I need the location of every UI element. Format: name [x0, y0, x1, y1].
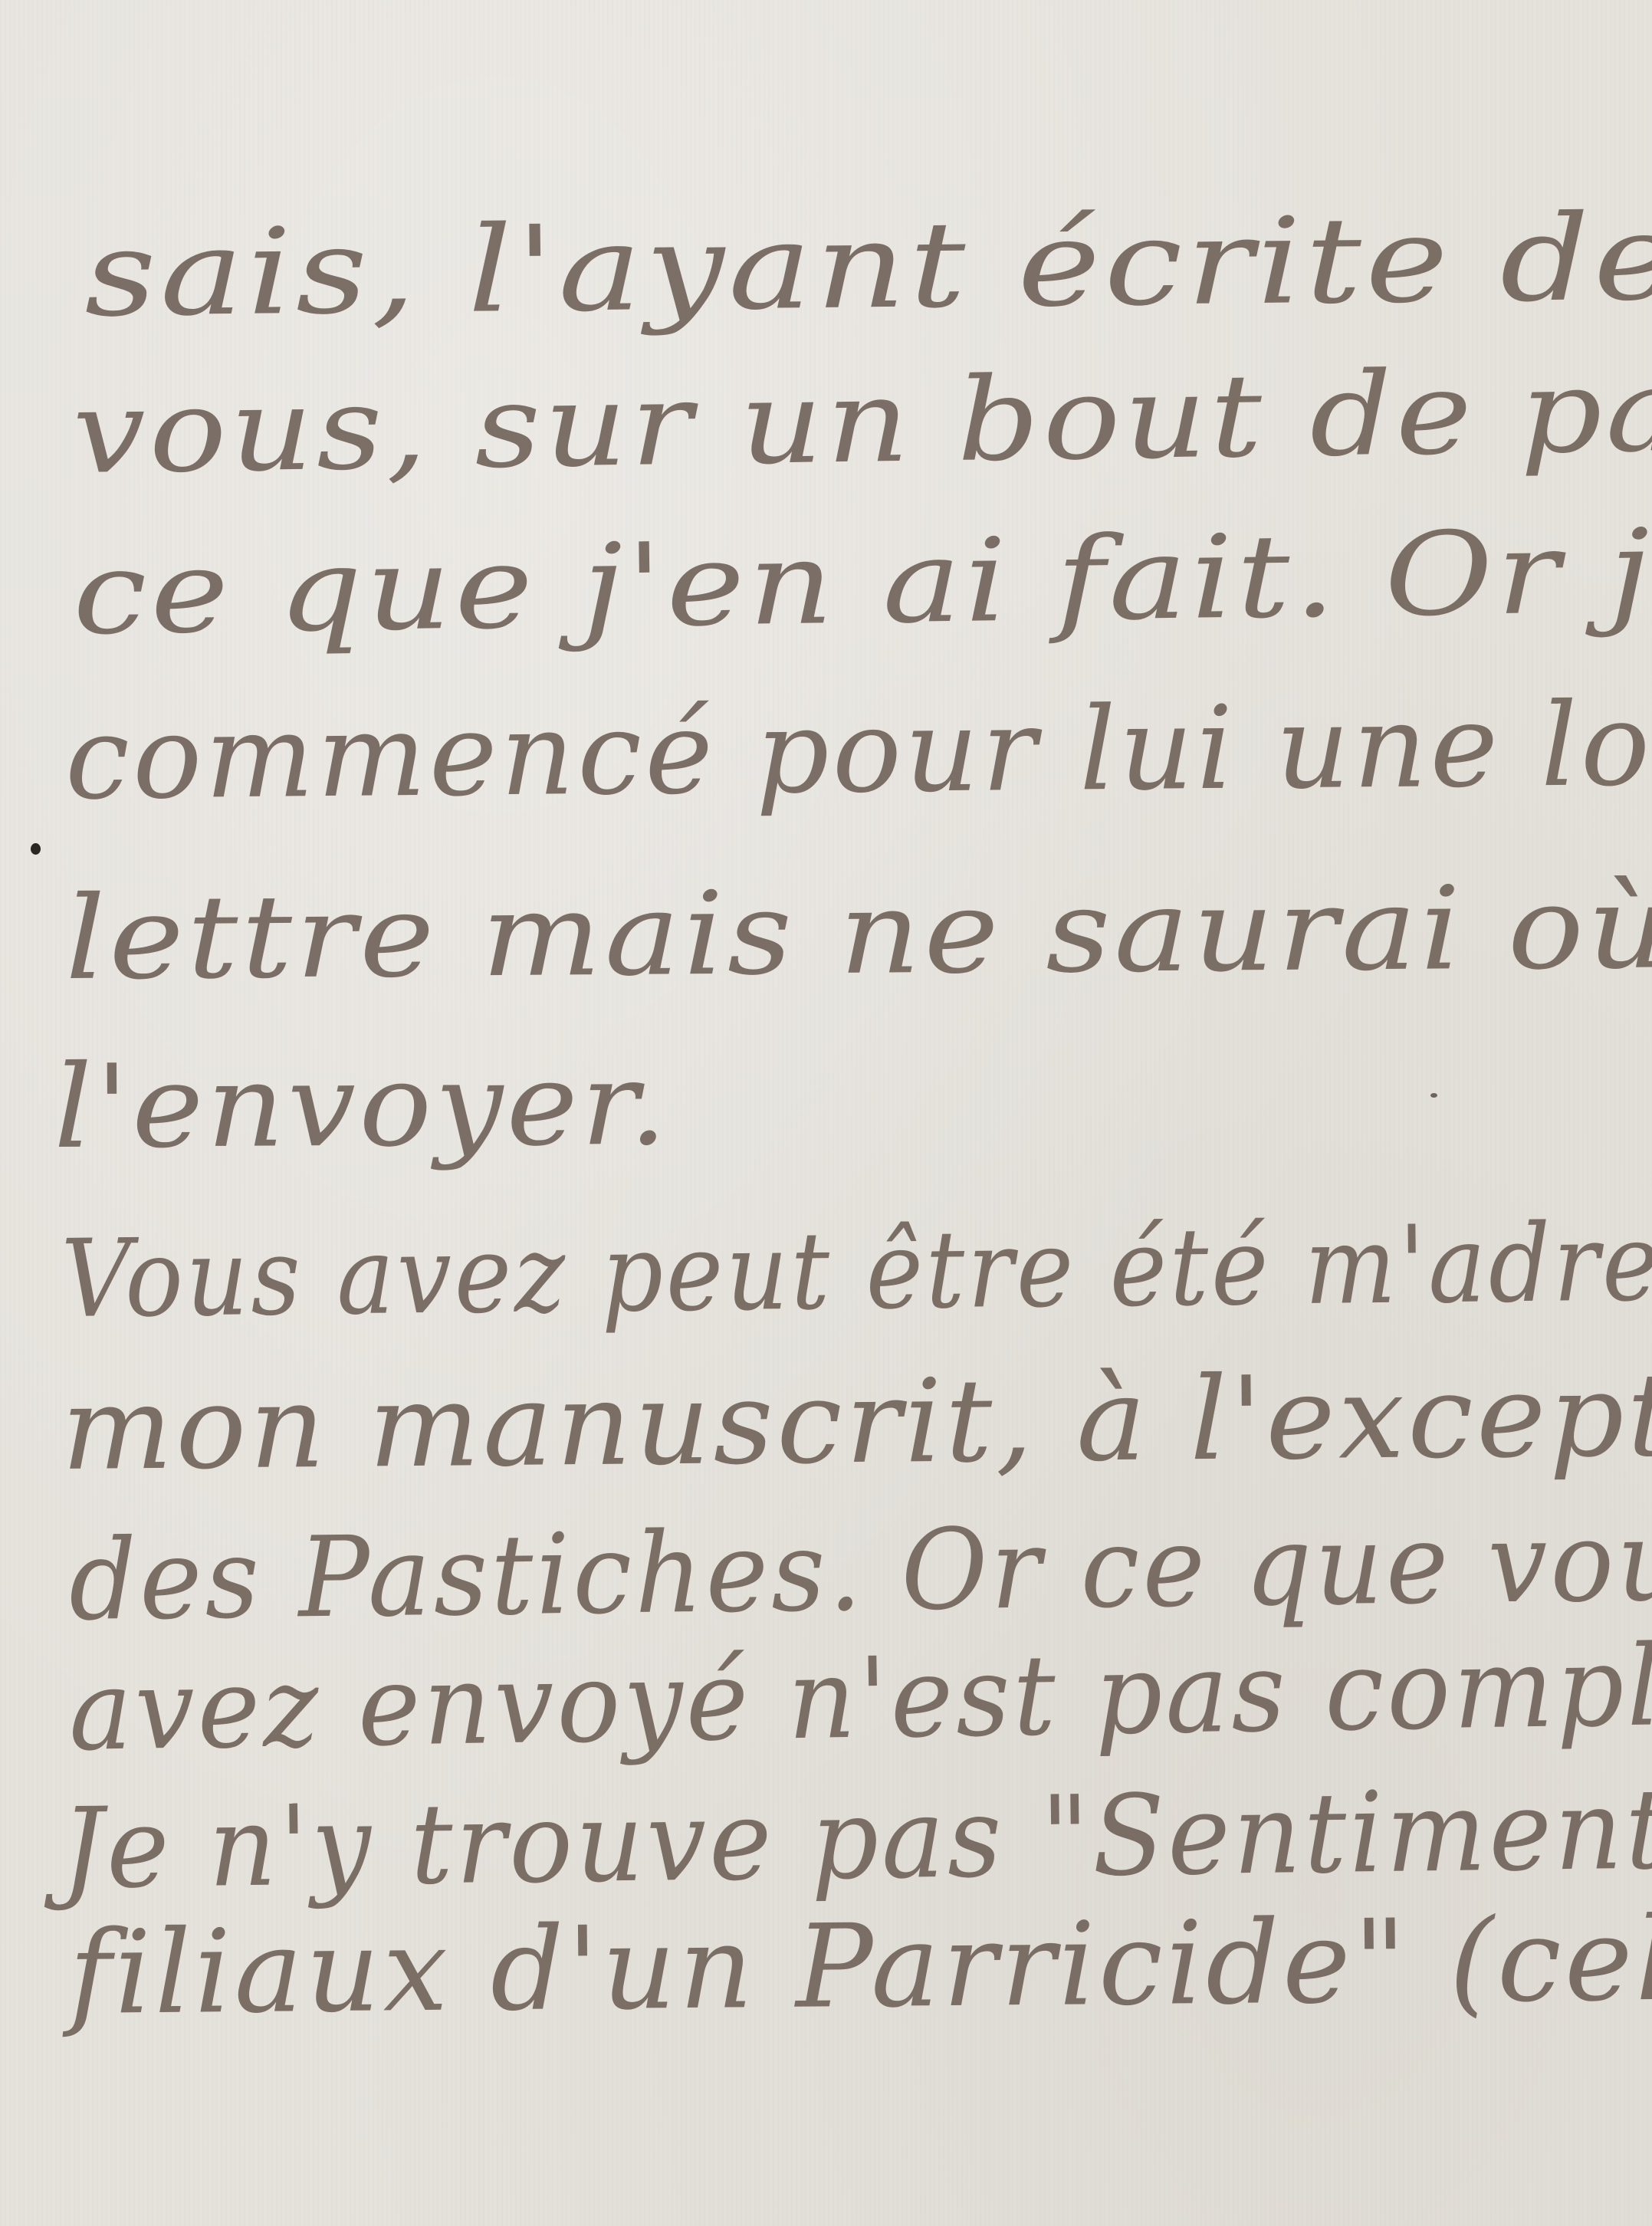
- handwritten-line-7: Vous avez peut être été m'adresser: [61, 1207, 1652, 1334]
- handwritten-line-10: avez envoyé n'est pas complet.: [68, 1628, 1652, 1767]
- handwritten-line-2: vous, sur un bout de papier,: [72, 349, 1652, 491]
- handwritten-line-1: sais, l'ayant écrite devant: [84, 195, 1652, 333]
- handwritten-line-3: ce que j'en ai fait. Or j'ai: [72, 512, 1652, 652]
- ink-blot: [31, 843, 41, 855]
- handwritten-line-4: commencé pour lui une longue: [64, 685, 1652, 816]
- handwritten-line-12: filiaux d'un Parricide" (cela: [68, 1902, 1652, 2031]
- ink-speck: [1430, 1093, 1437, 1098]
- handwritten-line-11: Je n'y trouve pas "Sentiments: [61, 1773, 1652, 1905]
- letter-page: sais, l'ayant écrite devant vous, sur un…: [0, 0, 1652, 2226]
- handwritten-line-8: mon manuscrit, à l'exception: [61, 1356, 1652, 1487]
- handwritten-line-5: lettre mais ne saurai où: [64, 870, 1652, 996]
- handwritten-line-9: des Pastiches. Or ce que vous m': [68, 1503, 1652, 1637]
- handwritten-line-6: l'envoyer.: [54, 1047, 671, 1165]
